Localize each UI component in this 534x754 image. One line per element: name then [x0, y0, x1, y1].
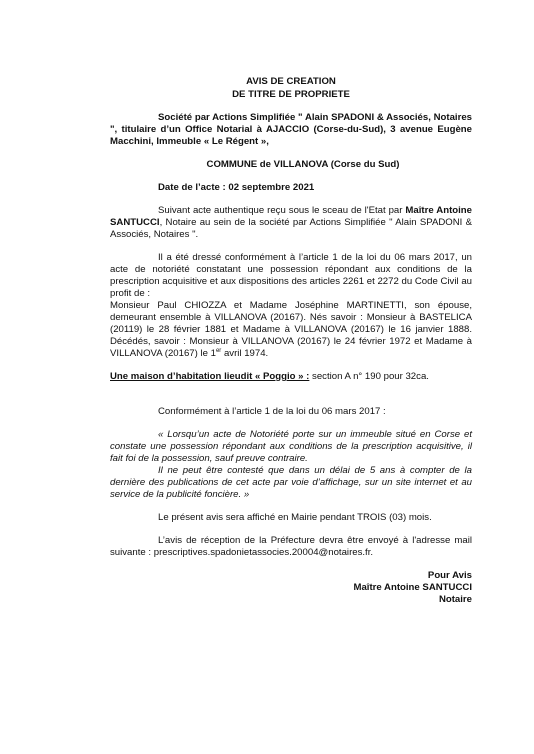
- property-label: Une maison d’habitation lieudit « Poggio…: [110, 371, 309, 382]
- document-title: AVIS DE CREATION DE TITRE DE PROPRIETE: [110, 76, 472, 101]
- display-notice: Le présent avis sera affiché en Mairie p…: [110, 512, 472, 524]
- property-paragraph: Une maison d’habitation lieudit « Poggio…: [110, 371, 472, 383]
- document-page: AVIS DE CREATION DE TITRE DE PROPRIETE S…: [110, 76, 472, 606]
- acte-prefix: Suivant acte authentique reçu sous le sc…: [158, 205, 405, 216]
- reception-paragraph: L’avis de réception de la Préfecture dev…: [110, 535, 472, 559]
- title-line-1: AVIS DE CREATION: [110, 76, 472, 89]
- notoriete-intro: Il a été dressé conformément à l’article…: [110, 252, 472, 300]
- reception-email[interactable]: prescriptives.spadonietassocies.20004@no…: [154, 547, 371, 558]
- acte-paragraph: Suivant acte authentique reçu sous le sc…: [110, 205, 472, 241]
- signature-block: Pour Avis Maître Antoine SANTUCCI Notair…: [110, 570, 472, 606]
- law-quote-2: Il ne peut être contesté que dans un dél…: [110, 465, 472, 501]
- reception-suffix: .: [370, 547, 373, 558]
- acte-suffix: , Notaire au sein de la société par Acti…: [110, 217, 472, 240]
- signature-line-3: Notaire: [110, 594, 472, 606]
- law-quote-1: « Lorsqu’un acte de Notoriété porte sur …: [110, 429, 472, 465]
- office-paragraph: Société par Actions Simplifiée " Alain S…: [110, 112, 472, 148]
- beneficiaries-end: avril 1974.: [221, 348, 268, 359]
- signature-line-1: Pour Avis: [110, 570, 472, 582]
- law-intro: Conformément à l’article 1 de la loi du …: [110, 406, 472, 418]
- beneficiaries-paragraph: Monsieur Paul CHIOZZA et Madame Joséphin…: [110, 300, 472, 360]
- commune-heading: COMMUNE de VILLANOVA (Corse du Sud): [110, 159, 472, 171]
- beneficiaries-text: Monsieur Paul CHIOZZA et Madame Joséphin…: [110, 300, 472, 359]
- title-line-2: DE TITRE DE PROPRIETE: [110, 89, 472, 102]
- property-details: section A n° 190 pour 32ca.: [309, 371, 429, 382]
- signature-line-2: Maître Antoine SANTUCCI: [110, 582, 472, 594]
- date-of-act: Date de l’acte : 02 septembre 2021: [110, 182, 472, 194]
